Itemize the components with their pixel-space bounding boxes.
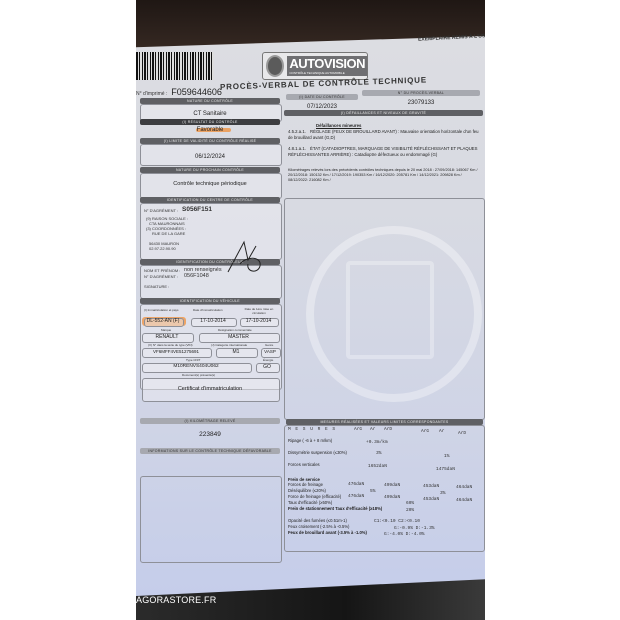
km-history: Kilométrages relevés lors des précédents… [288,168,480,182]
forces-freinage-value: 453daN [423,484,439,489]
controleur-nom-label: NOM ET PRÉNOM : [144,268,180,273]
vin-value: VF6MFF4VE51275691 [142,349,210,354]
date-label: (I) DATE DU CONTRÔLE [286,94,358,100]
desequilibre-label: Déséquilibre (≤20%) [288,488,326,493]
forces-vert-front: 1652daN [368,464,387,469]
pv-label: N° DU PROCÈS-VERBAL [362,90,480,96]
document-label: Document(s) présenté(s) [182,373,215,377]
dissym-value-front: 3% [376,451,381,456]
energie-value: GO [256,364,278,370]
col-header: ArG [421,429,429,434]
forces-freinage-value: 499daN [384,483,400,488]
croisement-values: G:-0.9% D:-1.3% [394,526,435,531]
ripage-value: +0.3m/km [366,440,388,445]
date-immat-label: Date d'immatriculation [193,308,223,312]
energie-label: Énergie [263,358,273,362]
forces-vert-rear: 1475daN [436,467,455,472]
frein-stat-value: 20% [406,508,414,513]
prochain-value: Contrôle technique périodique [140,181,280,187]
defaillances-heading: Défaillances mineures [316,123,476,129]
centre-agrement-value: S056F151 [182,206,212,213]
ripage-label: Ripage ( -6 à + 8 m/km) [288,438,332,443]
brouillard-label: Feux de brouillard avant (-3.5% à -1.0%) [288,530,367,535]
vin-label: (V) N° dans la série du type (VIN) [148,343,193,347]
designation-value: MASTER [199,334,278,340]
force-efficacite-label: Force de freinage (efficacité) [288,494,341,499]
forces-vert-label: Forces verticales [288,462,320,467]
col-header: Ar [439,429,444,434]
centre-phone: 02.97.22.90.90 [149,246,176,251]
barcode [136,52,214,80]
opacite-label: Opacité des fumées (≤0.51m-1) [288,518,347,523]
col-header: ArD [458,431,466,436]
kilometrage-label: (I) KILOMÉTRAGE RELEVÉ [140,418,280,424]
designation-label: Désignation commerciale [218,328,252,332]
autovision-logo: AUTOVISION CONTRÔLE TECHNIQUE AUTOMOBILE [262,52,368,80]
brand-name: AUTOVISION [289,57,365,71]
pv-value: 23079133 [362,100,480,106]
defaillance-item: 4.5.2.a.1.RÉGLAGE (FEUX DE BROUILLARD AV… [288,129,480,140]
taux-value: 60% [406,501,414,506]
kilometrage-value: 223849 [140,431,280,438]
nature-value: CT Sanitaire [140,111,280,117]
immat-value: DL-552-AN (F) [144,318,182,324]
defaillances-box [284,198,485,420]
brouillard-values: G:-4.0% D:-4.0% [384,532,425,537]
force-efficacite-value: 476daN [348,494,364,499]
mesures-header: M E S U R E S [288,427,336,432]
force-efficacite-value: 499daN [384,495,400,500]
dissym-value-rear: 1% [444,454,449,459]
resultat-value: Favorable [140,127,280,133]
frein-stat-label: Frein de stationnement Taux d'efficacité… [288,506,382,511]
document-value: Certificat d'immatriculation [142,386,278,392]
limite-value: 06/12/2024 [140,154,280,160]
opacite-values: C1:<0.10 C2:<0.10 [374,519,420,524]
centre-agrement-label: N° D'AGRÉMENT : [144,208,178,213]
info-defavorable-label: INFORMATIONS SUR LE CONTRÔLE TECHNIQUE D… [140,448,280,454]
immat-label: (I) Immatriculation et pays [144,308,179,312]
desequilibre-front: 5% [370,489,375,494]
imprime-number: N° d'imprimé :F059644606 [136,87,222,97]
marque-label: Marque [161,328,171,332]
defaillances-label: (I) DÉFAILLANCES ET NIVEAUX DE GRAVITÉ [284,110,483,116]
desequilibre-rear: 3% [440,491,445,496]
forces-freinage-value: 464daN [456,485,472,490]
dissym-label: Dissymétrie suspension (≤30%) [288,450,347,455]
signature-label: SIGNATURE : [144,284,169,289]
force-efficacite-value: 464daN [456,498,472,503]
col-header: ArD [384,427,392,432]
info-defavorable-box [140,476,282,563]
col-header: Ar [370,427,375,432]
genre-label: Genre [265,343,273,347]
defaillance-item: 4.8.1.a.1.ÉTAT (CATADIOPTRES, MARQUAGE D… [288,146,480,157]
brand-subtitle: CONTRÔLE TECHNIQUE AUTOMOBILE [289,71,365,75]
col-header: ArG [354,427,362,432]
date-1ere-value: 17-10-2014 [240,318,277,324]
forces-freinage-label: Forces de freinage [288,482,323,487]
categorie-label: (J) Catégorie internationale [211,343,247,347]
forces-freinage-value: 476daN [348,482,364,487]
controleur-agrement-label: N° D'AGRÉMENT : [144,274,178,279]
type-label: Type CNIT [186,358,200,362]
document-photo: EXEMPLAIRE REMIS À L'US AUTOVISION CONTR… [136,0,485,620]
date-1ere-label: Date de 1ère mise en circulation [244,307,274,315]
source-watermark: AGORASTORE.FR [136,595,216,605]
categorie-value: M1 [216,349,256,355]
force-efficacite-value: 453daN [423,497,439,502]
logo-emblem-icon [266,55,284,77]
type-value: M10RENVS404U062 [142,364,250,369]
croisement-label: Feux croisement (-2.5% à -0.5%) [288,524,349,529]
centre-address: RUE DE LA GARE [152,231,185,236]
taux-label: Taux d'efficacité (≥50%) [288,500,332,505]
date-immat-value: 17-10-2014 [191,318,235,324]
marque-value: RENAULT [142,334,192,340]
genre-value: VASP [261,349,279,354]
controleur-agrement-value: 056F1048 [184,273,209,279]
resultat-label: (I) RÉSULTAT DU CONTRÔLE [140,119,280,125]
signature-icon [226,238,266,274]
